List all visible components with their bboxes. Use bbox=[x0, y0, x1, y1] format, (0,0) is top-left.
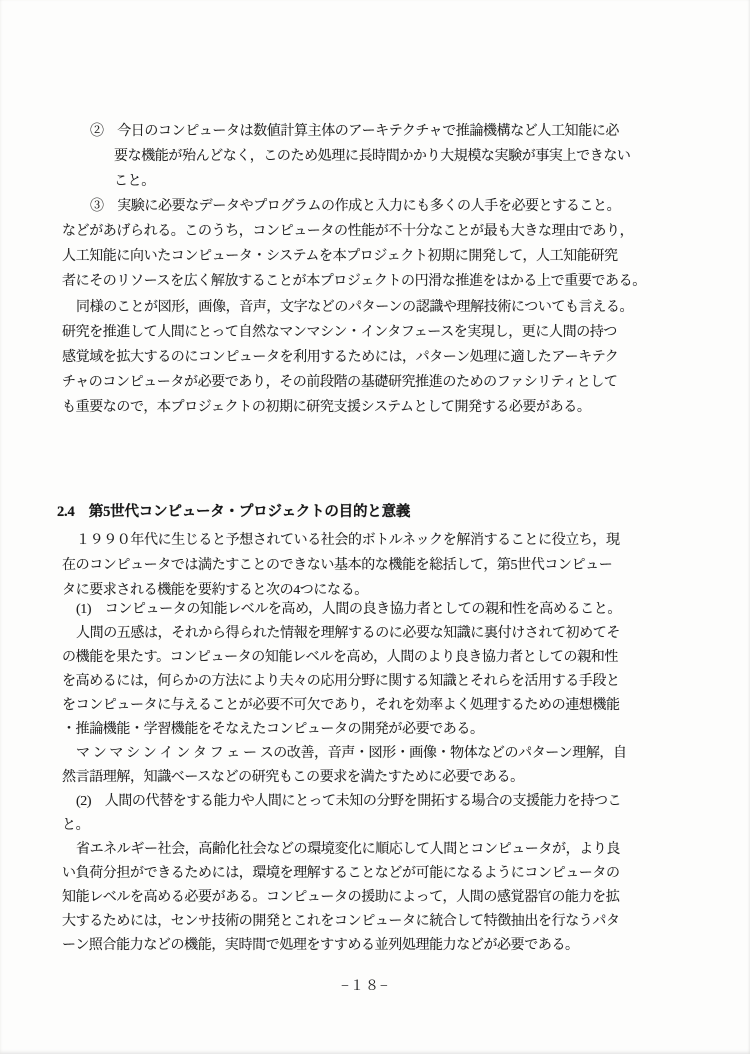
text-line: 然言語理解，知識ベースなどの研究もこの要求を満たすために必要である。 bbox=[62, 766, 654, 790]
text-line: (1) コンピュータの知能レベルを高め，人間の良き協力者としての親和性を高めるこ… bbox=[62, 598, 654, 622]
text-line: 要な機能が殆んどなく，このため処理に長時間かかり大規模な実験が事実上できない bbox=[62, 144, 654, 169]
text-line: 研究を推進して人間にとって自然なマンマシン・インタフェースを実現し，更に人間の持… bbox=[62, 320, 654, 345]
text-line: こと。 bbox=[62, 169, 654, 194]
document-page: 2.4 第5世代コンピュータ・プロジェクトの目的と意義 ② 今日のコンピュータは… bbox=[0, 0, 750, 1054]
page-number: −１８− bbox=[0, 975, 730, 995]
text-line: も重要なので，本プロジェクトの初期に研究支援システムとして開発する必要がある。 bbox=[62, 395, 654, 420]
text-line: マ ン マ シ ン イ ン タ フ ェ ー スの改善，音声・図形・画像・物体など… bbox=[62, 742, 654, 766]
reasons-list-paragraph: ② 今日のコンピュータは数値計算主体のアーキテクチャで推論機構など人工知能に必要… bbox=[62, 119, 654, 294]
text-line: ② 今日のコンピュータは数値計算主体のアーキテクチャで推論機構など人工知能に必 bbox=[62, 119, 654, 144]
text-line: 人間の五感は，それから得られた情報を理解するのに必要な知識に裏付けされて初めてそ bbox=[62, 622, 654, 646]
text-line: 在のコンピュータでは満たすことのできない基本的な機能を総括して，第5世代コンピュ… bbox=[62, 553, 654, 578]
text-line: (2) 人間の代替をする能力や人間にとって未知の分野を開拓する場合の支援能力を持… bbox=[62, 790, 654, 814]
text-line: 人工知能に向いたコンピュータ・システムを本プロジェクト初期に開発して，人工知能研… bbox=[62, 244, 654, 269]
text-line: 知能レベルを高める必要がある。コンピュータの援助によって，人間の感覚器官の能力を… bbox=[62, 886, 654, 910]
text-line: 省エネルギー社会，高齢化社会などの環境変化に順応して人間とコンピュータが，より良 bbox=[62, 838, 654, 862]
text-line: を高めるには，何らかの方法により夫々の応用分野に関する知識とそれらを活用する手段… bbox=[62, 670, 654, 694]
text-line: 者にそのリソースを広く解放することが本プロジェクトの円滑な推進をはかる上で重要で… bbox=[62, 269, 654, 294]
text-line: チャのコンピュータが必要であり，その前段階の基礎研究推進のためのファシリティとし… bbox=[62, 370, 654, 395]
text-line: ーン照合能力などの機能，実時間で処理をすすめる並列処理能力などが必要である。 bbox=[62, 934, 654, 958]
text-line: などがあげられる。このうち，コンピュータの性能が不十分なことが最も大きな理由であ… bbox=[62, 219, 654, 244]
required-functions-paragraph: (1) コンピュータの知能レベルを高め，人間の良き協力者としての親和性を高めるこ… bbox=[62, 598, 654, 958]
text-line: 感覚域を拡大するのにコンピュータを利用するためには，パターン処理に適したアーキテ… bbox=[62, 345, 654, 370]
text-line: ③ 実験に必要なデータやプログラムの作成と入力にも多くの人手を必要とすること。 bbox=[62, 194, 654, 219]
text-line: の機能を果たす。コンピュータの知能レベルを高め，人間のより良き協力者としての親和… bbox=[62, 646, 654, 670]
text-line: 大するためには，センサ技術の開発とこれをコンピュータに統合して特徴抽出を行なうパ… bbox=[62, 910, 654, 934]
text-line: い負荷分担ができるためには，環境を理解することなどが可能になるようにコンピュータ… bbox=[62, 862, 654, 886]
text-line: と。 bbox=[62, 814, 654, 838]
text-line: をコンピュータに与えることが必要不可欠であり，それを効率よく処理するための連想機… bbox=[62, 694, 654, 718]
pattern-recognition-paragraph: 同様のことが図形，画像，音声，文字などのパターンの認識や理解技術についても言える… bbox=[62, 295, 654, 420]
text-line: ・推論機能・学習機能をそなえたコンピュータの開発が必要である。 bbox=[62, 718, 654, 742]
purpose-intro-paragraph: １９９０年代に生じると予想されている社会的ボトルネックを解消することに役立ち，現… bbox=[62, 528, 654, 603]
text-line: １９９０年代に生じると予想されている社会的ボトルネックを解消することに役立ち，現 bbox=[62, 528, 654, 553]
section-heading: 2.4 第5世代コンピュータ・プロジェクトの目的と意義 bbox=[57, 501, 410, 523]
text-line: 同様のことが図形，画像，音声，文字などのパターンの認識や理解技術についても言える… bbox=[62, 295, 654, 320]
